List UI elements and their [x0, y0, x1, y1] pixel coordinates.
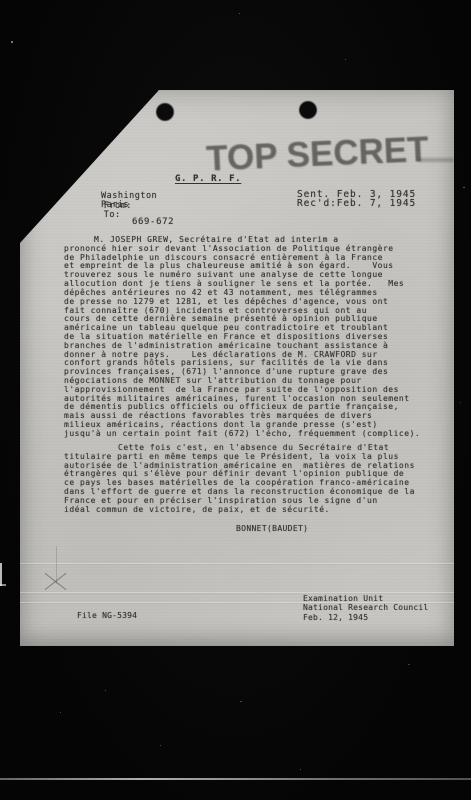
- text-line: National Research Council: [303, 603, 428, 612]
- dust-speck: [239, 13, 240, 14]
- dust-speck: [300, 769, 301, 770]
- signature-line: BONNET(BAUDET): [236, 524, 308, 533]
- dust-speck: [11, 41, 13, 43]
- document-page: TOP SECRET G. P. R. F. From: Washington …: [20, 90, 454, 646]
- telegram-number: 669-672: [132, 217, 174, 227]
- text-line: Feb. 12, 1945: [303, 613, 428, 622]
- punch-hole-right: [300, 102, 316, 118]
- punch-hole-left: [157, 104, 173, 120]
- dust-speck: [240, 701, 242, 702]
- dust-speck: [160, 745, 161, 746]
- to-label: To:: [104, 210, 121, 220]
- stamp-ink-smear: [418, 158, 454, 162]
- dust-speck: [345, 59, 346, 60]
- dust-speck: [408, 664, 410, 665]
- org-code-heading: G. P. R. F.: [175, 174, 241, 184]
- paper-crease: [20, 563, 454, 564]
- to-row: To: Paris: [70, 200, 121, 240]
- dust-speck: [460, 402, 461, 403]
- to-value: Paris: [101, 200, 129, 210]
- received-date: Rec'd:Feb. 7, 1945: [297, 198, 416, 209]
- dust-speck: [60, 712, 61, 713]
- file-number: File NG-5394: [77, 611, 137, 620]
- dust-speck: [105, 690, 106, 691]
- text-line: jusqu'à un certain point fait (672) l'éc…: [64, 430, 456, 439]
- text-line: Examination Unit: [303, 594, 428, 603]
- paragraph-2: Cette fois c'est, en l'absence du Secrét…: [64, 444, 456, 515]
- top-secret-stamp: TOP SECRET: [205, 129, 457, 180]
- paragraph-1: M. JOSEPH GREW, Secrétaire d'Etat ad int…: [64, 236, 456, 439]
- pencil-line: [56, 546, 57, 584]
- dust-speck: [463, 187, 465, 188]
- scan-background: TOP SECRET G. P. R. F. From: Washington …: [0, 0, 471, 800]
- paper-crease: [20, 592, 454, 593]
- scanner-artifact-line: [0, 778, 471, 780]
- examination-unit-block: Examination UnitNational Research Counci…: [303, 594, 428, 622]
- edge-film-mark: [0, 563, 2, 586]
- text-line: idéal commun de victoire, de paix, et de…: [64, 506, 456, 515]
